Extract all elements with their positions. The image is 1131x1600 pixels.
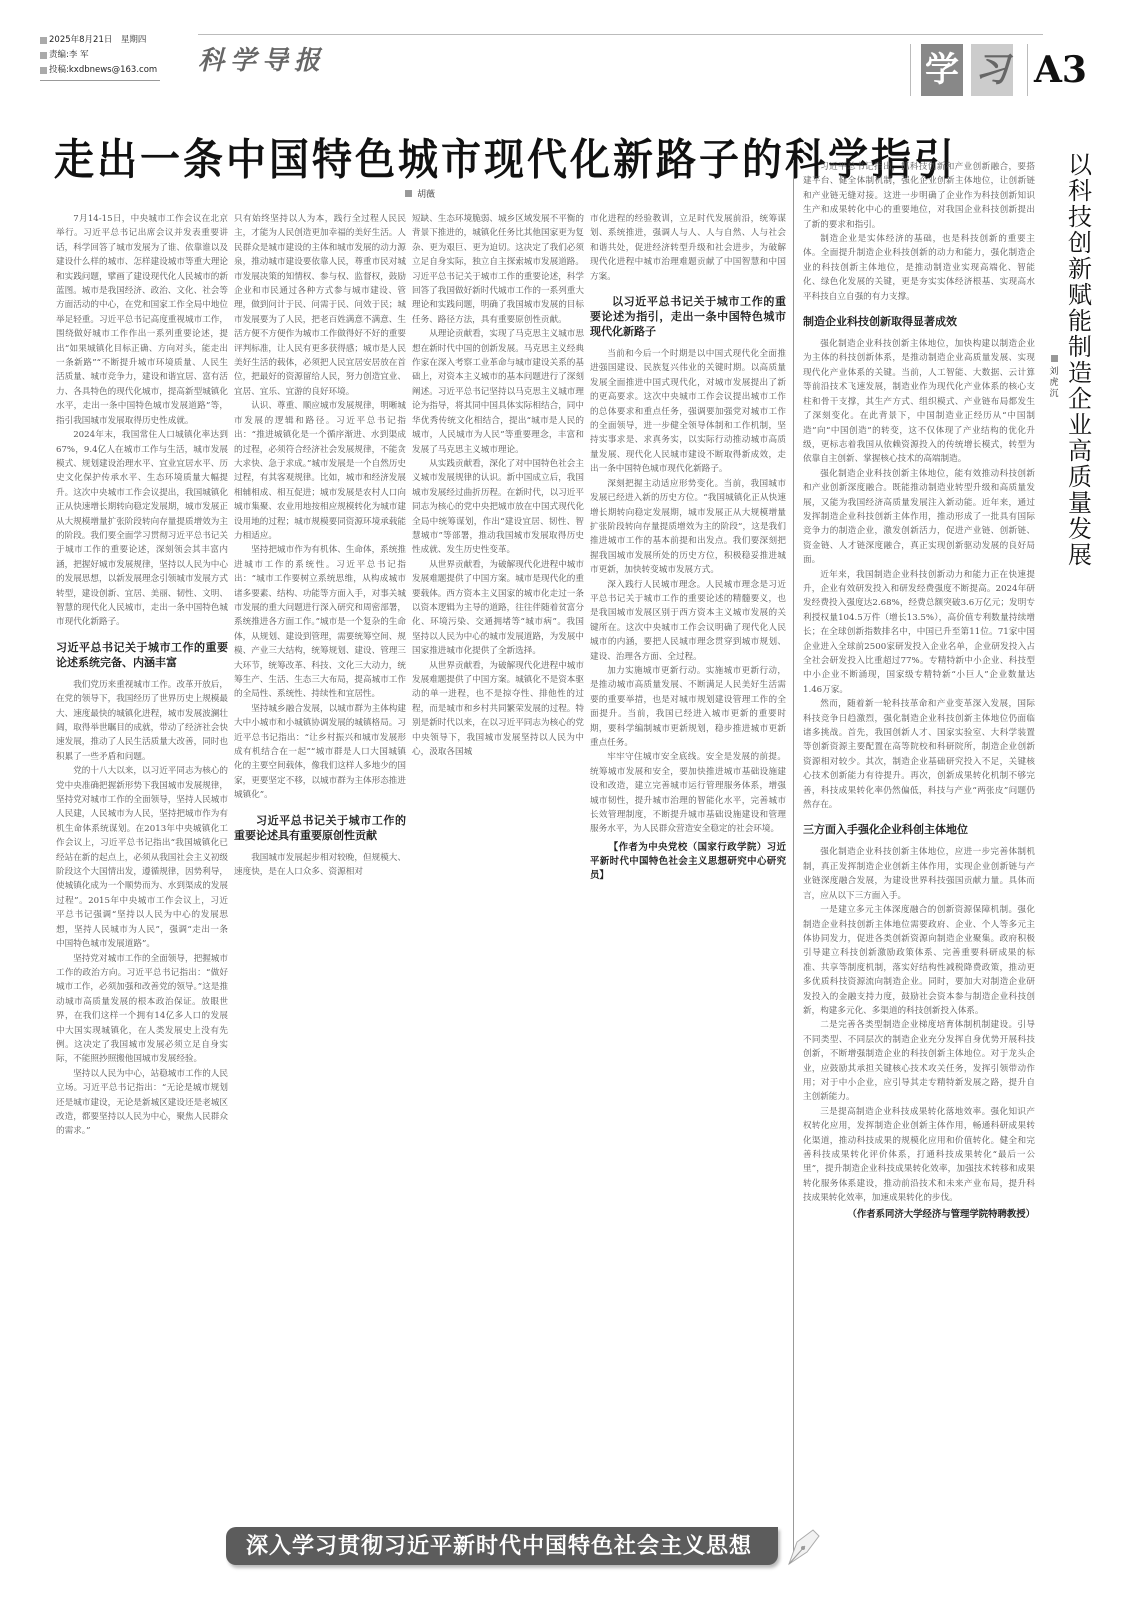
paragraph: 牢牢守住城市安全底线。安全是发展的前提。统筹城市发展和安全，要加快推进城市基础设… (590, 750, 786, 836)
section-name-char-1: 学 (921, 44, 963, 96)
paragraph: 从实践贡献看，深化了对中国特色社会主义城市发展规律的认识。新中国成立后，我国城市… (412, 457, 584, 558)
editor-line: 责编:李 军 (40, 48, 160, 63)
bullet-square-icon (40, 52, 47, 59)
bullet-square-icon (405, 190, 412, 197)
paragraph: 我国城市发展起步相对较晚，但规模大、速度快，是在人口众多、资源相对 (234, 851, 406, 880)
paragraph: 党的十八大以来，以习近平同志为核心的党中央准确把握新形势下我国城市发展规律，坚持… (56, 764, 228, 951)
article1-column-1: 7月14-15日，中央城市工作会议在北京举行。习近平总书记出席会议并发表重要讲话… (56, 212, 228, 1522)
paper-logo: 科学导报 (198, 40, 326, 77)
header-rule (198, 34, 1043, 35)
paragraph: 从理论贡献看，实现了马克思主义城市思想在新时代中国的创新发展。马克思主义经典作家… (412, 327, 584, 457)
article2-title: 以科技创新赋能制造企业高质量发展 (1067, 152, 1093, 568)
paragraph: 坚持城乡融合发展，以城市群为主体构建大中小城市和小城镇协调发展的城镇格局。习近平… (234, 702, 406, 803)
paragraph: 坚持以人民为中心，站稳城市工作的人民立场。习近平总书记指出：“无论是城市规划还是… (56, 1067, 228, 1139)
bottom-banner: 深入学习贯彻习近平新时代中国特色社会主义思想 (226, 1527, 778, 1565)
paragraph: 强化制造企业科技创新主体地位，应进一步完善体制机制，真正发挥制造企业创新主体作用… (803, 845, 1035, 903)
paragraph: 我们党历来重视城市工作。改革开放后，在党的领导下，我国经历了世界历史上规模最大、… (56, 678, 228, 764)
paragraph: 短缺、生态环境脆弱、城乡区域发展不平衡的背景下推进的，城镇化任务比其他国家更为复… (412, 212, 584, 327)
paragraph: 坚持党对城市工作的全面领导，把握城市工作的政治方向。习近平总书记指出：“做好城市… (56, 952, 228, 1067)
paragraph: 从世界贡献看，为破解现代化进程中城市发展难题提供了中国方案。城镇化不是资本驱动的… (412, 659, 584, 760)
paragraph: 强化制造企业科技创新主体地位，加快构建以制造企业为主体的科技创新体系，是推动制造… (803, 337, 1035, 467)
paragraph: 当前和今后一个时期是以中国式现代化全面推进强国建设、民族复兴伟业的关键时期。以高… (590, 347, 786, 477)
paragraph: 加力实施城市更新行动。实施城市更新行动，是推动城市高质量发展、不断满足人民美好生… (590, 664, 786, 750)
article1-column-4: 市化进程的经验教训，立足时代发展前沿，统筹谋划、系统推进，强调人与人、人与自然、… (590, 212, 786, 1522)
section-heading: 以习近平总书记关于城市工作的重要论述为指引，走出一条中国特色城市现代化新路子 (590, 294, 786, 339)
paragraph: 2024年末，我国常住人口城镇化率达到67%，9.4亿人在城市工作与生活，城市发… (56, 428, 228, 630)
article2-body: 习近平总书记指出，抓科技创新和产业创新融合，要搭建平台、健全体制机制，强化企业创… (803, 160, 1035, 1560)
paragraph: 一是建立多元主体深度融合的创新资源保障机制。强化制造企业科技创新主体地位需要政府… (803, 903, 1035, 1018)
article1-byline: 胡薇 (405, 187, 435, 200)
paragraph: 坚持把城市作为有机体、生命体，系统推进城市工作的系统性。习近平总书记指出：“城市… (234, 543, 406, 701)
section-heading: 制造企业科技创新取得显著成效 (803, 314, 1035, 329)
bullet-square-icon (40, 37, 47, 44)
header-meta: 2025年8月21日 星期四 责编:李 军 投稿:kxdbnews@163.co… (40, 33, 160, 81)
divider (910, 44, 911, 96)
paragraph: 然而，随着新一轮科技革命和产业变革深入发展，国际科技竞争日趋激烈，强化制造企业科… (803, 697, 1035, 812)
divider (1027, 44, 1028, 96)
paragraph: 市化进程的经验教训，立足时代发展前沿，统筹谋划、系统推进，强调人与人、人与自然、… (590, 212, 786, 284)
article2-byline: 刘虎沉 (1048, 355, 1060, 400)
paragraph: 习近平总书记指出，抓科技创新和产业创新融合，要搭建平台、健全体制机制，强化企业创… (803, 160, 1035, 232)
section-heading: 三方面入手强化企业科创主体地位 (803, 822, 1035, 837)
paragraph: 深入践行人民城市理念。人民城市理念是习近平总书记关于城市工作的重要论述的精髓要义… (590, 578, 786, 664)
date-line: 2025年8月21日 星期四 (40, 33, 160, 48)
section-tag: 学 习 A3 (910, 44, 1087, 96)
paragraph: 从世界贡献看，为破解现代化进程中城市发展难题提供了中国方案。城市是现代化的重要载… (412, 558, 584, 659)
bullet-square-icon (40, 67, 47, 74)
page-number: A3 (1034, 49, 1087, 91)
article1-column-2: 只有始终坚持以人为本，践行全过程人民民主，才能为人民创造更加幸福的美好生活。人民… (234, 212, 406, 1522)
author-signature: 【作者为中央党校（国家行政学院）习近平新时代中国特色社会主义思想研究中心研究员】 (590, 841, 786, 883)
paragraph: 强化制造企业科技创新主体地位，能有效推动科技创新和产业创新深度融合。既能推动制造… (803, 467, 1035, 568)
author-signature: （作者系同济大学经济与管理学院特聘教授） (803, 1208, 1035, 1222)
paragraph: 制造企业是实体经济的基础，也是科技创新的重要主体。全面提升制造企业科技创新的动力… (803, 232, 1035, 304)
submission-line: 投稿:kxdbnews@163.com (40, 63, 160, 78)
article1-column-3: 短缺、生态环境脆弱、城乡区域发展不平衡的背景下推进的，城镇化任务比其他国家更为复… (412, 212, 584, 1522)
column-divider (793, 160, 794, 1555)
section-heading: 习近平总书记关于城市工作的重要论述具有重要原创性贡献 (234, 813, 406, 843)
paragraph: 认识、尊重、顺应城市发展规律，明晰城市发展的逻辑和路径。习近平总书记指出：“推进… (234, 399, 406, 543)
paragraph: 只有始终坚持以人为本，践行全过程人民民主，才能为人民创造更加幸福的美好生活。人民… (234, 212, 406, 399)
section-heading: 习近平总书记关于城市工作的重要论述系统完备、内涵丰富 (56, 640, 228, 670)
bullet-square-icon (1051, 355, 1058, 362)
paragraph: 近年来，我国制造企业科技创新动力和能力正在快速提升，企业有效研发投入和研发经费强… (803, 568, 1035, 698)
paragraph: 7月14-15日，中央城市工作会议在北京举行。习近平总书记出席会议并发表重要讲话… (56, 212, 228, 428)
section-name-char-2: 习 (971, 44, 1013, 96)
paragraph: 二是完善各类型制造企业梯度培育体制机制建设。引导不同类型、不同层次的制造企业充分… (803, 1018, 1035, 1104)
pen-nib-icon (783, 1526, 823, 1566)
paragraph: 深刻把握主动适应形势变化。当前，我国城市发展已经进入新的历史方位。“我国城镇化正… (590, 477, 786, 578)
paragraph: 三是提高制造企业科技成果转化落地效率。强化知识产权转化应用，发挥制造企业创新主体… (803, 1105, 1035, 1206)
